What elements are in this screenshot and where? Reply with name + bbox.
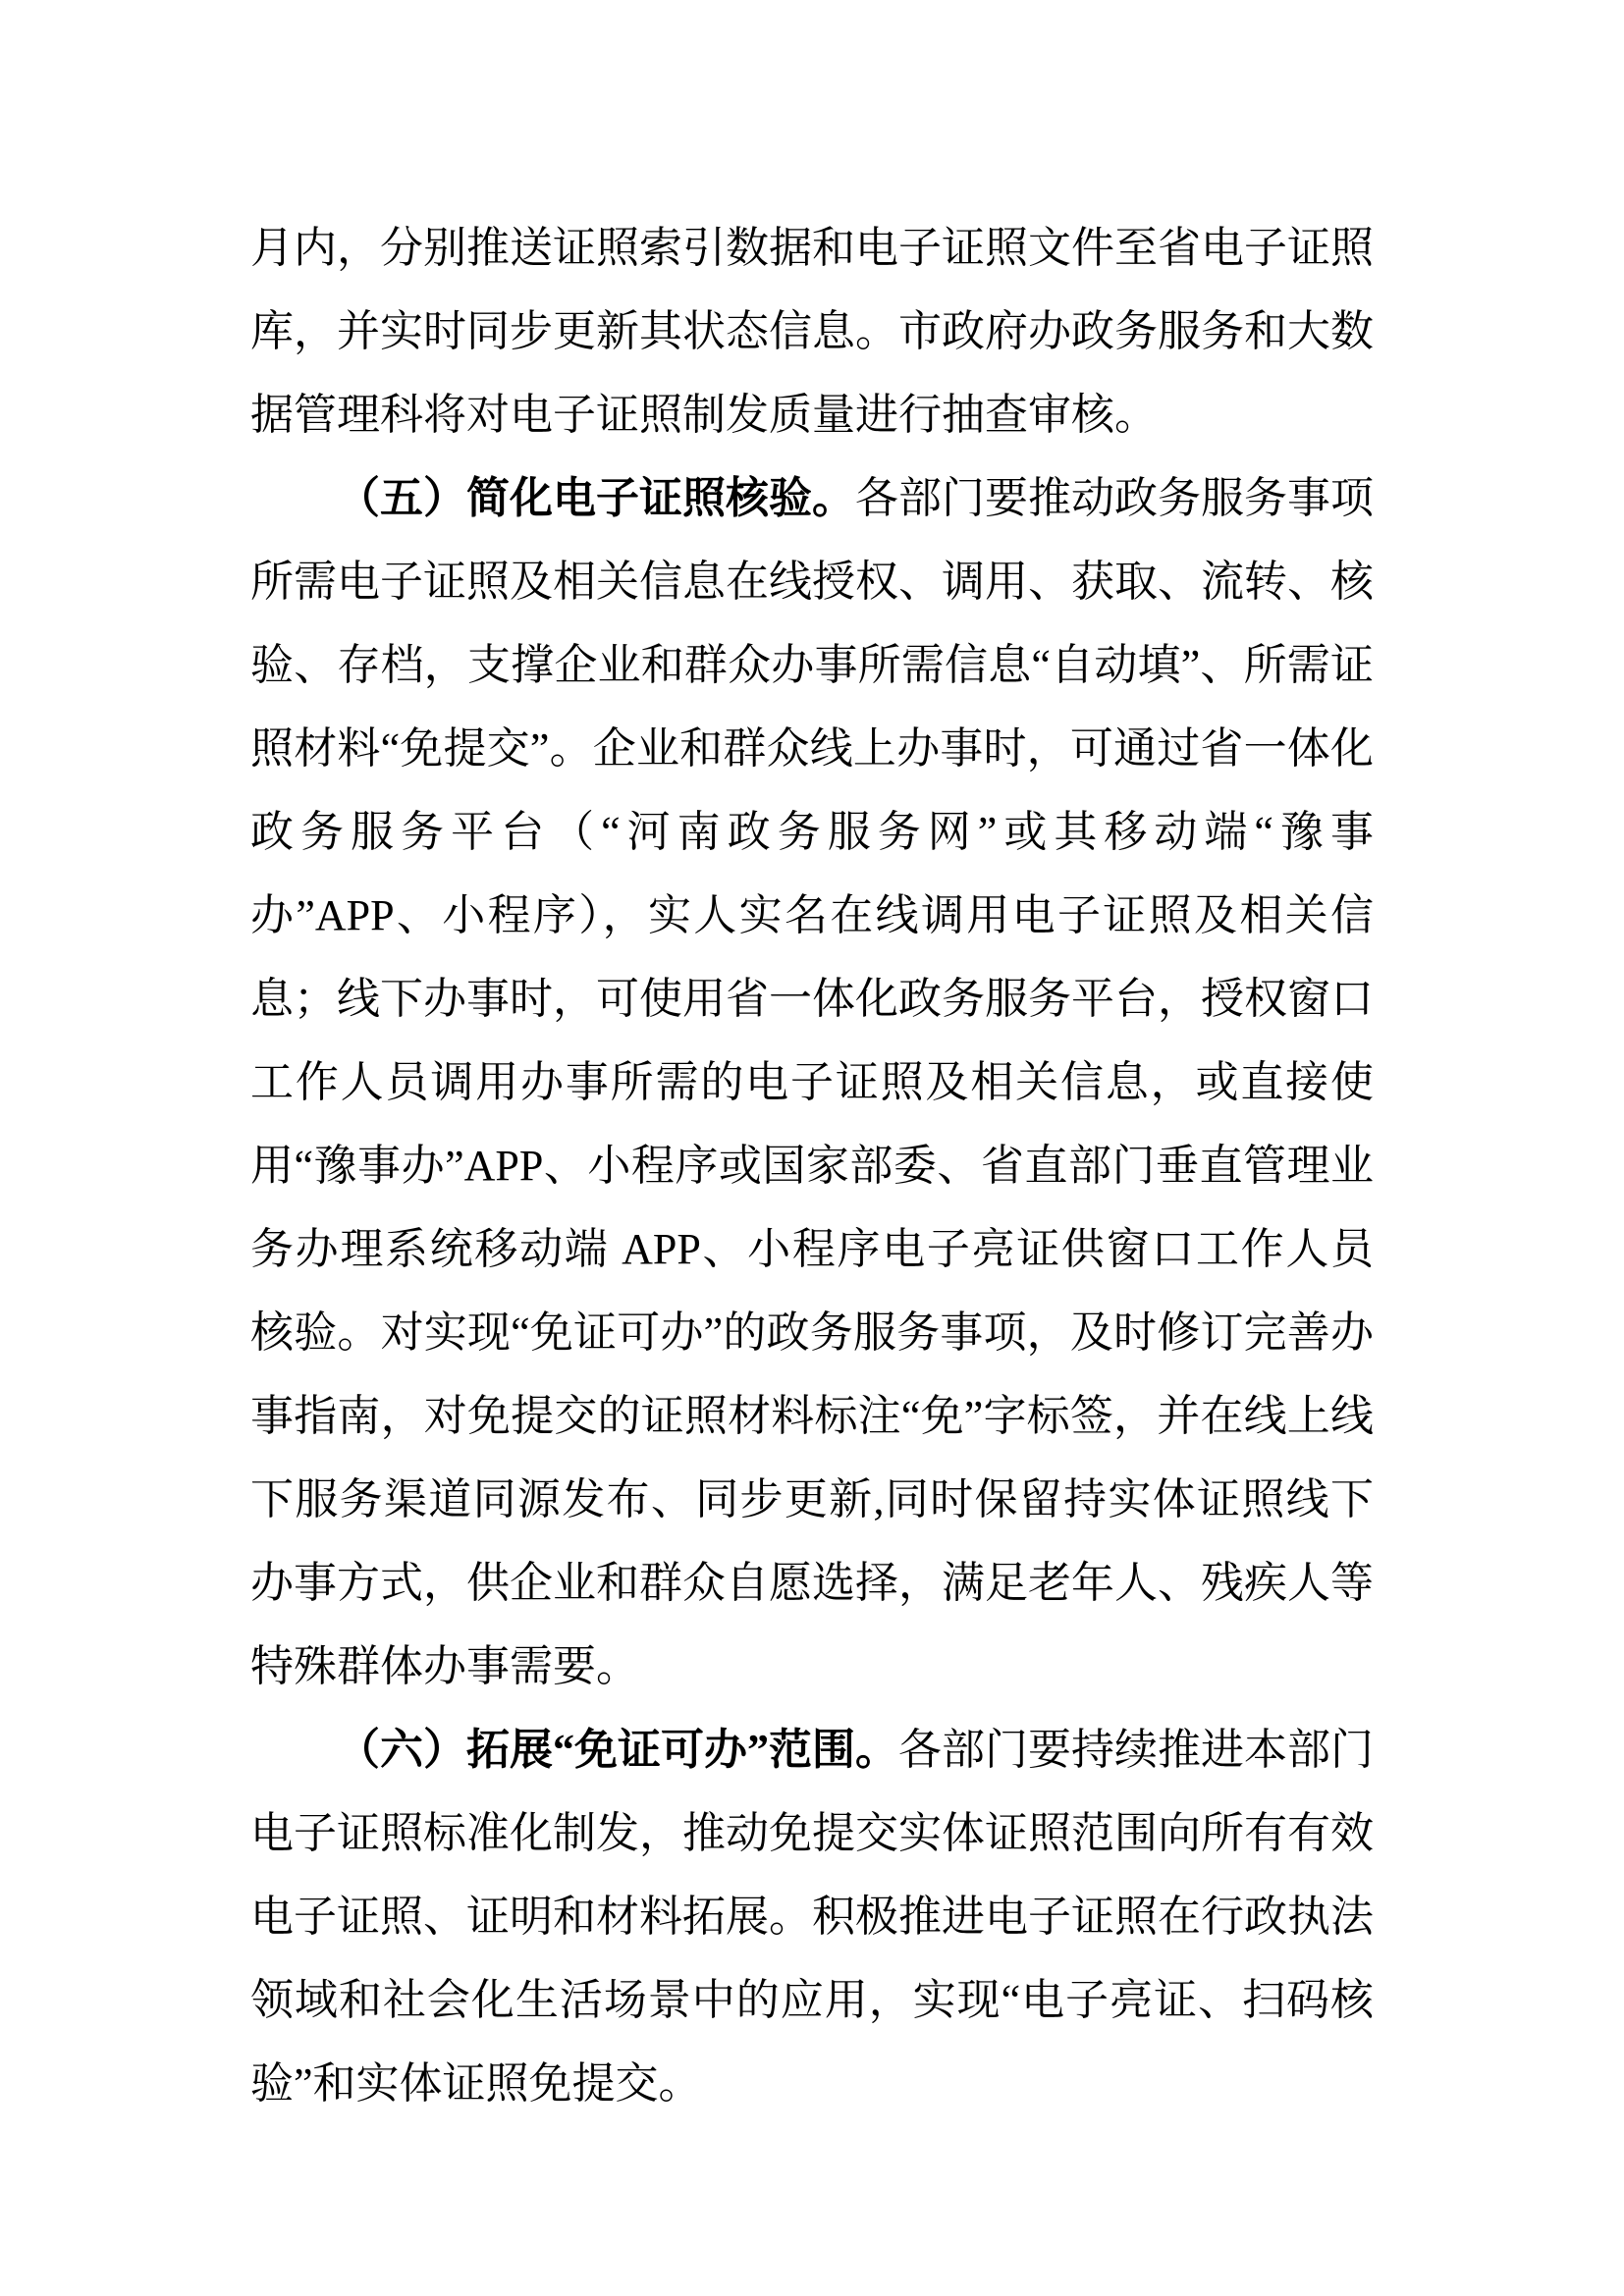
document-page: 月内，分别推送证照索引数据和电子证照文件至省电子证照库，并实时同步更新其状态信息… [0, 0, 1624, 2296]
body-text: 月内，分别推送证照索引数据和电子证照文件至省电子证照库，并实时同步更新其状态信息… [250, 224, 1374, 439]
section-heading-text: （五）简化电子证照核验。 [337, 474, 855, 522]
paragraph: （六）拓展“免证可办”范围。各部门要持续推进本部门电子证照标准化制发，推动免提交… [250, 1708, 1374, 2125]
body-text: 各部门要持续推进本部门电子证照标准化制发，推动免提交实体证照范围向所有有效电子证… [250, 1726, 1374, 2108]
section-heading-text: （六）拓展“免证可办”范围。 [337, 1726, 898, 1774]
paragraph: 月内，分别推送证照索引数据和电子证照文件至省电子证照库，并实时同步更新其状态信息… [250, 206, 1374, 456]
document-body: 月内，分别推送证照索引数据和电子证照文件至省电子证照库，并实时同步更新其状态信息… [250, 206, 1374, 2125]
paragraph: （五）简化电子证照核验。各部门要推动政务服务事项所需电子证照及相关信息在线授权、… [250, 456, 1374, 1708]
body-text: 各部门要推动政务服务事项所需电子证照及相关信息在线授权、调用、获取、流转、核验、… [250, 474, 1374, 1690]
